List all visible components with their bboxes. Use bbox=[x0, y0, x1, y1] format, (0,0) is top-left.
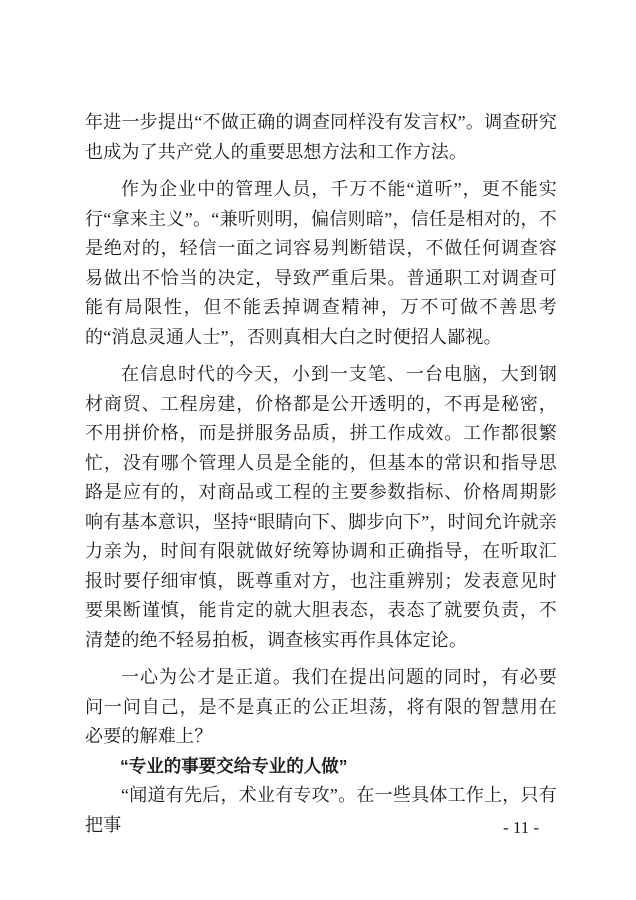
paragraph: 一心为公才是正道。我们在提出问题的同时，有必要问一问自己，是不是真正的公正坦荡，… bbox=[85, 663, 557, 752]
paragraph-continuation: 年进一步提出“不做正确的调查同样没有发言权”。调查研究也成为了共产党人的重要思想… bbox=[85, 108, 557, 167]
page-number: - 11 - bbox=[503, 818, 539, 838]
paragraph: “闻道有先后，术业有专攻”。在一些具体工作上，只有把事 bbox=[85, 781, 557, 840]
page-body: 年进一步提出“不做正确的调查同样没有发言权”。调查研究也成为了共产党人的重要思想… bbox=[85, 108, 557, 840]
document-page: 年进一步提出“不做正确的调查同样没有发言权”。调查研究也成为了共产党人的重要思想… bbox=[0, 0, 636, 900]
section-heading: “专业的事要交给专业的人做” bbox=[85, 752, 557, 782]
paragraph: 作为企业中的管理人员，千万不能“道听”，更不能实行“拿来主义”。“兼听则明，偏信… bbox=[85, 175, 557, 352]
paragraph: 在信息时代的今天，小到一支笔、一台电脑，大到钢材商贸、工程房建，价格都是公开透明… bbox=[85, 360, 557, 655]
